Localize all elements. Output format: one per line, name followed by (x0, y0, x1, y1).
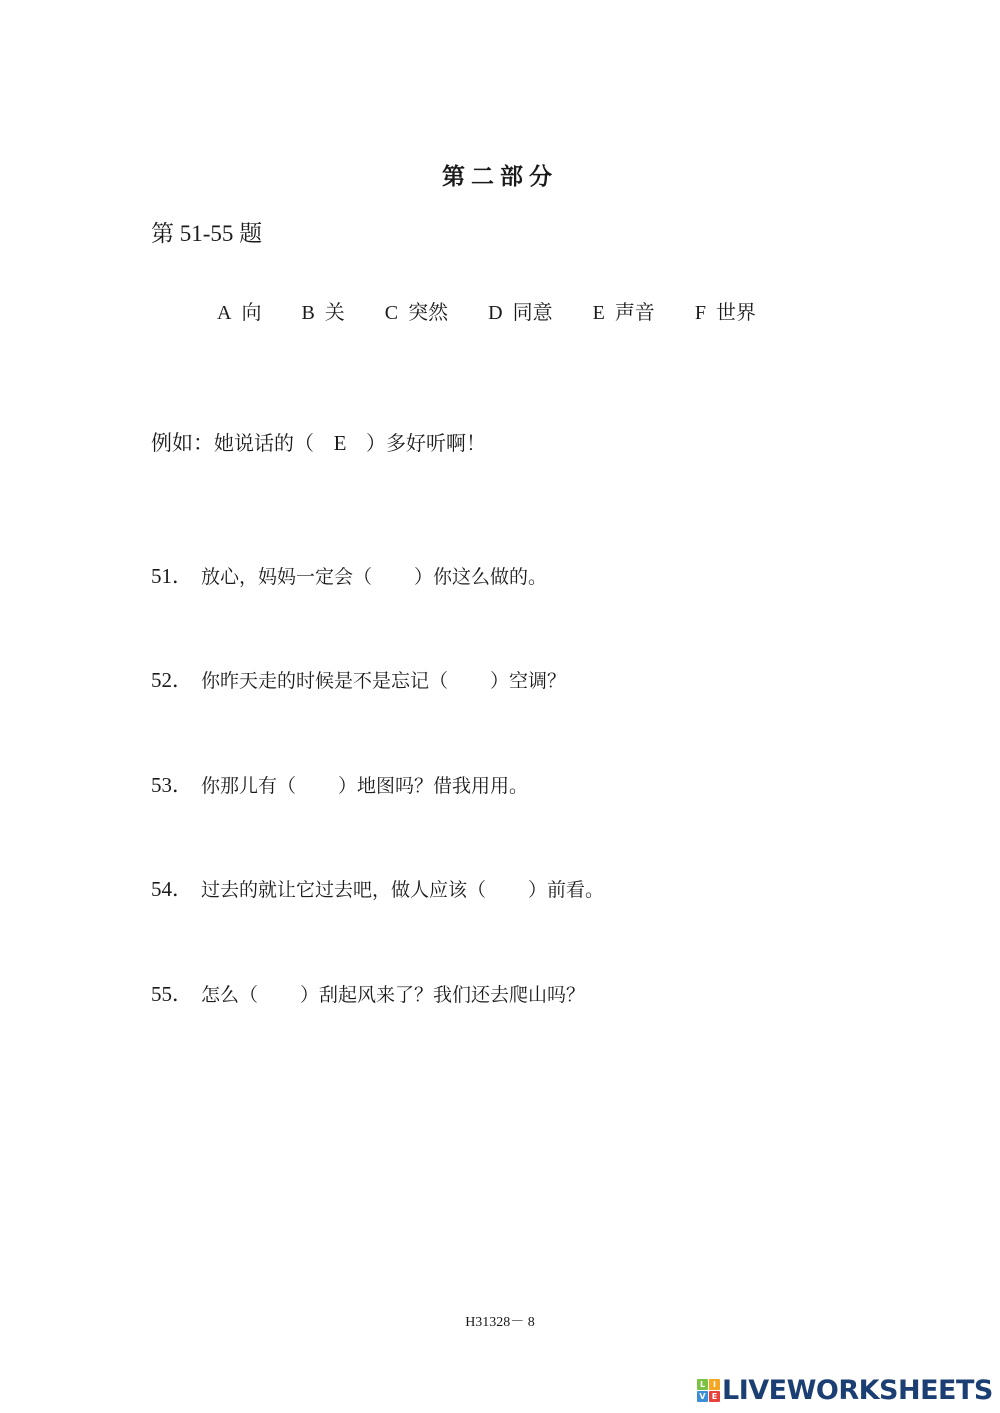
option-e: E声音 (593, 296, 655, 325)
example-sentence: 例如：她说话的（E）多好听啊！ (151, 427, 486, 457)
page-footer: H31328－ 8 (0, 1311, 1000, 1331)
question-53: 53．你那儿有（）地图吗？借我用用。 (151, 769, 528, 799)
question-51: 51．放心，妈妈一定会（）你这么做的。 (151, 560, 547, 590)
live-tiles-icon: L I V E (697, 1379, 720, 1402)
example-label: 例如： (151, 431, 214, 455)
liveworksheets-logo: L I V E LIVEWORKSHEETS (697, 1375, 993, 1406)
question-54: 54．过去的就让它过去吧，做人应该（）前看。 (151, 873, 604, 903)
option-f: F世界 (695, 296, 756, 325)
logo-text: LIVEWORKSHEETS (722, 1375, 993, 1406)
example-answer: E (314, 431, 366, 456)
option-d: D同意 (488, 296, 552, 325)
option-c: C突然 (385, 296, 448, 325)
question-range: 第 51-55 题 (151, 215, 262, 248)
section-title: 第二部分 (0, 158, 1000, 191)
question-52: 52．你昨天走的时候是不是忘记（）空调？ (151, 664, 566, 694)
option-a: A向 (217, 296, 261, 325)
option-b: B关 (301, 296, 344, 325)
question-55: 55．怎么（）刮起风来了？我们还去爬山吗？ (151, 978, 585, 1008)
word-options: A向 B关 C突然 D同意 E声音 F世界 (217, 296, 756, 325)
